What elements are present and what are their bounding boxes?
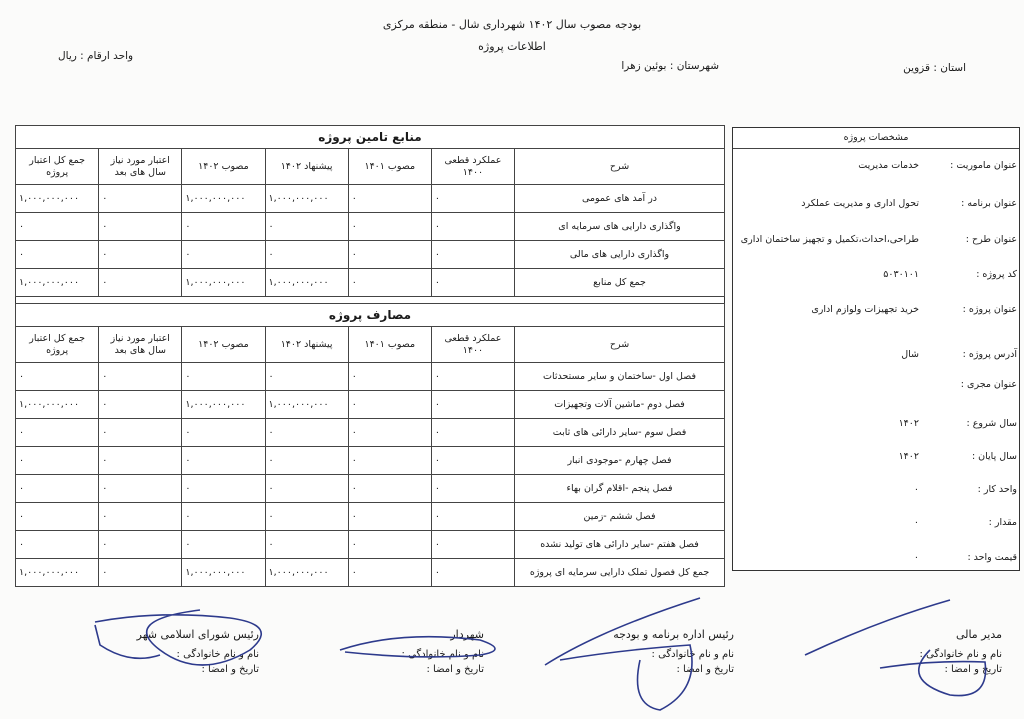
- row-description: جمع کل منابع: [515, 269, 725, 297]
- county-label: شهرستان :: [670, 60, 719, 72]
- expenses-section-header: مصارف پروژه: [16, 304, 725, 327]
- spec-label: سال پایان :: [972, 451, 1017, 462]
- amount-cell: ١,٠٠٠,٠٠٠,٠٠٠: [265, 559, 348, 587]
- signatory-role: مدیر مالی: [920, 628, 1002, 641]
- amount-cell: ٠: [348, 241, 431, 269]
- row-description: فصل چهارم -موجودی انبار: [515, 447, 725, 475]
- name-label: نام و نام خانوادگی :: [613, 649, 734, 660]
- amount-cell: ١,٠٠٠,٠٠٠,٠٠٠: [16, 185, 99, 213]
- spec-label: عنوان برنامه :: [961, 198, 1017, 209]
- county-field: شهرستان : بوئین زهرا: [621, 60, 719, 72]
- amount-cell: ٠: [99, 503, 182, 531]
- expenses-row: فصل چهارم -موجودی انبار٠٠٠٠٠٠: [16, 447, 725, 475]
- amount-cell: ١,٠٠٠,٠٠٠,٠٠٠: [16, 269, 99, 297]
- spec-label: عنوان طرح :: [966, 234, 1017, 245]
- row-description: فصل ششم -زمین: [515, 503, 725, 531]
- amount-cell: ٠: [265, 531, 348, 559]
- amount-cell: ٠: [431, 419, 514, 447]
- date-signature-label: تاریخ و امضا :: [920, 664, 1002, 675]
- spec-value: شال: [901, 349, 919, 360]
- divider: [16, 297, 725, 304]
- date-signature-label: تاریخ و امضا :: [137, 664, 259, 675]
- amount-cell: ٠: [348, 503, 431, 531]
- sources-row: واگذاری دارایی های سرمایه ای٠٠٠٠٠٠: [16, 213, 725, 241]
- spec-label: عنوان ماموریت :: [950, 160, 1017, 171]
- amount-cell: ١,٠٠٠,٠٠٠,٠٠٠: [16, 559, 99, 587]
- name-label: نام و نام خانوادگی :: [137, 649, 259, 660]
- row-description: فصل اول -ساختمان و سایر مستحدثات: [515, 363, 725, 391]
- amount-cell: ٠: [348, 269, 431, 297]
- project-specs-panel: مشخصات پروژه عنوان ماموریت :خدمات مدیریت…: [732, 127, 1020, 571]
- column-header: مصوب ۱۴۰۱: [348, 149, 431, 185]
- amount-cell: ٠: [265, 419, 348, 447]
- province-label: استان :: [933, 62, 966, 74]
- row-description: واگذاری دارایی های سرمایه ای: [515, 213, 725, 241]
- amount-cell: ٠: [99, 241, 182, 269]
- amount-cell: ٠: [431, 185, 514, 213]
- amount-cell: ٠: [99, 475, 182, 503]
- row-description: فصل پنجم -اقلام گران بهاء: [515, 475, 725, 503]
- province-value: قزوین: [903, 62, 930, 74]
- amount-cell: ٠: [16, 419, 99, 447]
- column-header: عملکرد قطعی ۱۴۰۰: [431, 327, 514, 363]
- spec-label: واحد کار :: [978, 484, 1017, 495]
- province-field: استان : قزوین: [903, 62, 966, 74]
- finance-table: منابع تامین پروژهشرحعملکرد قطعی ۱۴۰۰مصوب…: [15, 125, 725, 587]
- amount-cell: ٠: [99, 447, 182, 475]
- signature-block: مدیر مالینام و نام خانوادگی :تاریخ و امض…: [920, 628, 1002, 679]
- expenses-row: فصل سوم -سایر دارائی های ثابت٠٠٠٠٠٠: [16, 419, 725, 447]
- expenses-section-title: مصارف پروژه: [16, 304, 725, 327]
- amount-cell: ١,٠٠٠,٠٠٠,٠٠٠: [182, 269, 265, 297]
- spec-value: تحول اداری و مدیریت عملکرد: [801, 198, 919, 209]
- currency-unit: واحد ارقام : ریال: [58, 50, 133, 62]
- amount-cell: ٠: [99, 213, 182, 241]
- amount-cell: ٠: [348, 559, 431, 587]
- spec-label: سال شروع :: [967, 418, 1017, 429]
- spec-value: ٠: [914, 517, 919, 528]
- amount-cell: ٠: [99, 363, 182, 391]
- row-description: فصل هفتم -سایر دارائی های تولید نشده: [515, 531, 725, 559]
- spec-value: ۵۰۳۰۱۰۱: [883, 269, 919, 280]
- expenses-row: فصل اول -ساختمان و سایر مستحدثات٠٠٠٠٠٠: [16, 363, 725, 391]
- spec-value: طراحی،احداث،تکمیل و تجهیز ساختمان اداری: [741, 234, 919, 245]
- amount-cell: ٠: [431, 475, 514, 503]
- document-title: بودجه مصوب سال ۱۴۰۲ شهرداری شال - منطقه …: [312, 18, 712, 31]
- sources-row: واگذاری دارایی های مالی٠٠٠٠٠٠: [16, 241, 725, 269]
- amount-cell: ٠: [182, 475, 265, 503]
- section-divider: [16, 297, 725, 304]
- name-label: نام و نام خانوادگی :: [402, 649, 484, 660]
- amount-cell: ٠: [265, 503, 348, 531]
- signatory-role: شهردار: [402, 628, 484, 641]
- expenses-column-headers: شرحعملکرد قطعی ۱۴۰۰مصوب ۱۴۰۱پیشنهاد ۱۴۰۲…: [16, 327, 725, 363]
- column-header: پیشنهاد ۱۴۰۲: [265, 327, 348, 363]
- amount-cell: ١,٠٠٠,٠٠٠,٠٠٠: [265, 391, 348, 419]
- amount-cell: ٠: [16, 241, 99, 269]
- spec-label: عنوان پروژه :: [963, 304, 1017, 315]
- amount-cell: ٠: [16, 213, 99, 241]
- amount-cell: ٠: [16, 363, 99, 391]
- column-header: اعتبار مورد نیاز سال های بعد: [99, 327, 182, 363]
- row-description: فصل دوم -ماشین آلات وتجهیزات: [515, 391, 725, 419]
- spec-value: ٠: [914, 484, 919, 495]
- amount-cell: ٠: [182, 419, 265, 447]
- column-header: اعتبار مورد نیاز سال های بعد: [99, 149, 182, 185]
- amount-cell: ١,٠٠٠,٠٠٠,٠٠٠: [16, 391, 99, 419]
- amount-cell: ٠: [348, 447, 431, 475]
- amount-cell: ٠: [16, 447, 99, 475]
- row-description: واگذاری دارایی های مالی: [515, 241, 725, 269]
- amount-cell: ٠: [99, 185, 182, 213]
- amount-cell: ٠: [16, 503, 99, 531]
- column-header: مصوب ۱۴۰۲: [182, 327, 265, 363]
- column-header: مصوب ۱۴۰۱: [348, 327, 431, 363]
- column-header: جمع کل اعتبار پروژه: [16, 327, 99, 363]
- expenses-row: جمع کل فصول تملک دارایی سرمایه ای پروژه٠…: [16, 559, 725, 587]
- sources-section-header: منابع تامین پروژه: [16, 126, 725, 149]
- row-description: در آمد های عمومی: [515, 185, 725, 213]
- amount-cell: ٠: [182, 503, 265, 531]
- signature-block: رئیس شورای اسلامی شهرنام و نام خانوادگی …: [137, 628, 259, 679]
- amount-cell: ٠: [182, 531, 265, 559]
- amount-cell: ٠: [16, 475, 99, 503]
- amount-cell: ٠: [99, 419, 182, 447]
- amount-cell: ٠: [182, 363, 265, 391]
- amount-cell: ٠: [348, 391, 431, 419]
- amount-cell: ٠: [431, 213, 514, 241]
- amount-cell: ٠: [431, 531, 514, 559]
- document-subtitle: اطلاعات پروژه: [312, 40, 712, 53]
- amount-cell: ٠: [182, 213, 265, 241]
- row-description: فصل سوم -سایر دارائی های ثابت: [515, 419, 725, 447]
- signature-block: رئیس اداره برنامه و بودجهنام و نام خانوا…: [613, 628, 734, 679]
- amount-cell: ٠: [99, 559, 182, 587]
- amount-cell: ٠: [182, 241, 265, 269]
- spec-label: آدرس پروژه :: [963, 349, 1017, 360]
- column-header: شرح: [515, 327, 725, 363]
- column-header: مصوب ۱۴۰۲: [182, 149, 265, 185]
- sources-section-title: منابع تامین پروژه: [16, 126, 725, 149]
- name-label: نام و نام خانوادگی :: [920, 649, 1002, 660]
- amount-cell: ٠: [431, 391, 514, 419]
- amount-cell: ٠: [265, 363, 348, 391]
- amount-cell: ٠: [99, 269, 182, 297]
- expenses-row: فصل هفتم -سایر دارائی های تولید نشده٠٠٠٠…: [16, 531, 725, 559]
- amount-cell: ٠: [99, 531, 182, 559]
- amount-cell: ٠: [265, 475, 348, 503]
- amount-cell: ٠: [99, 391, 182, 419]
- spec-value: خدمات مدیریت: [858, 160, 919, 171]
- amount-cell: ١,٠٠٠,٠٠٠,٠٠٠: [182, 559, 265, 587]
- amount-cell: ٠: [431, 503, 514, 531]
- spec-value: خرید تجهیزات ولوازم اداری: [811, 304, 919, 315]
- amount-cell: ١,٠٠٠,٠٠٠,٠٠٠: [265, 269, 348, 297]
- signature-block: شهردارنام و نام خانوادگی :تاریخ و امضا :: [402, 628, 484, 679]
- amount-cell: ١,٠٠٠,٠٠٠,٠٠٠: [265, 185, 348, 213]
- spec-label: مقدار :: [989, 517, 1017, 528]
- amount-cell: ٠: [431, 363, 514, 391]
- signatory-role: رئیس شورای اسلامی شهر: [137, 628, 259, 641]
- amount-cell: ٠: [265, 241, 348, 269]
- signatory-role: رئیس اداره برنامه و بودجه: [613, 628, 734, 641]
- spec-value: ۱۴۰۲: [899, 451, 919, 462]
- county-value: بوئین زهرا: [621, 60, 666, 72]
- amount-cell: ٠: [431, 559, 514, 587]
- row-description: جمع کل فصول تملک دارایی سرمایه ای پروژه: [515, 559, 725, 587]
- amount-cell: ١,٠٠٠,٠٠٠,٠٠٠: [182, 185, 265, 213]
- amount-cell: ٠: [348, 185, 431, 213]
- amount-cell: ٠: [265, 213, 348, 241]
- project-specs-title: مشخصات پروژه: [733, 128, 1019, 149]
- expenses-row: فصل پنجم -اقلام گران بهاء٠٠٠٠٠٠: [16, 475, 725, 503]
- amount-cell: ٠: [348, 363, 431, 391]
- amount-cell: ٠: [348, 531, 431, 559]
- sources-column-headers: شرحعملکرد قطعی ۱۴۰۰مصوب ۱۴۰۱پیشنهاد ۱۴۰۲…: [16, 149, 725, 185]
- spec-value: ٠: [914, 552, 919, 563]
- column-header: عملکرد قطعی ۱۴۰۰: [431, 149, 514, 185]
- spec-label: عنوان مجری :: [961, 379, 1017, 390]
- expenses-row: فصل دوم -ماشین آلات وتجهیزات٠٠١,٠٠٠,٠٠٠,…: [16, 391, 725, 419]
- amount-cell: ٠: [182, 447, 265, 475]
- column-header: شرح: [515, 149, 725, 185]
- amount-cell: ٠: [348, 419, 431, 447]
- sources-row: جمع کل منابع٠٠١,٠٠٠,٠٠٠,٠٠٠١,٠٠٠,٠٠٠,٠٠٠…: [16, 269, 725, 297]
- amount-cell: ٠: [431, 241, 514, 269]
- spec-label: قیمت واحد :: [967, 552, 1017, 563]
- date-signature-label: تاریخ و امضا :: [613, 664, 734, 675]
- amount-cell: ١,٠٠٠,٠٠٠,٠٠٠: [182, 391, 265, 419]
- column-header: پیشنهاد ۱۴۰۲: [265, 149, 348, 185]
- amount-cell: ٠: [16, 531, 99, 559]
- sources-row: در آمد های عمومی٠٠١,٠٠٠,٠٠٠,٠٠٠١,٠٠٠,٠٠٠…: [16, 185, 725, 213]
- amount-cell: ٠: [348, 213, 431, 241]
- column-header: جمع کل اعتبار پروژه: [16, 149, 99, 185]
- amount-cell: ٠: [431, 447, 514, 475]
- amount-cell: ٠: [265, 447, 348, 475]
- spec-value: ۱۴۰۲: [899, 418, 919, 429]
- date-signature-label: تاریخ و امضا :: [402, 664, 484, 675]
- amount-cell: ٠: [348, 475, 431, 503]
- expenses-row: فصل ششم -زمین٠٠٠٠٠٠: [16, 503, 725, 531]
- spec-label: کد پروژه :: [976, 269, 1017, 280]
- amount-cell: ٠: [431, 269, 514, 297]
